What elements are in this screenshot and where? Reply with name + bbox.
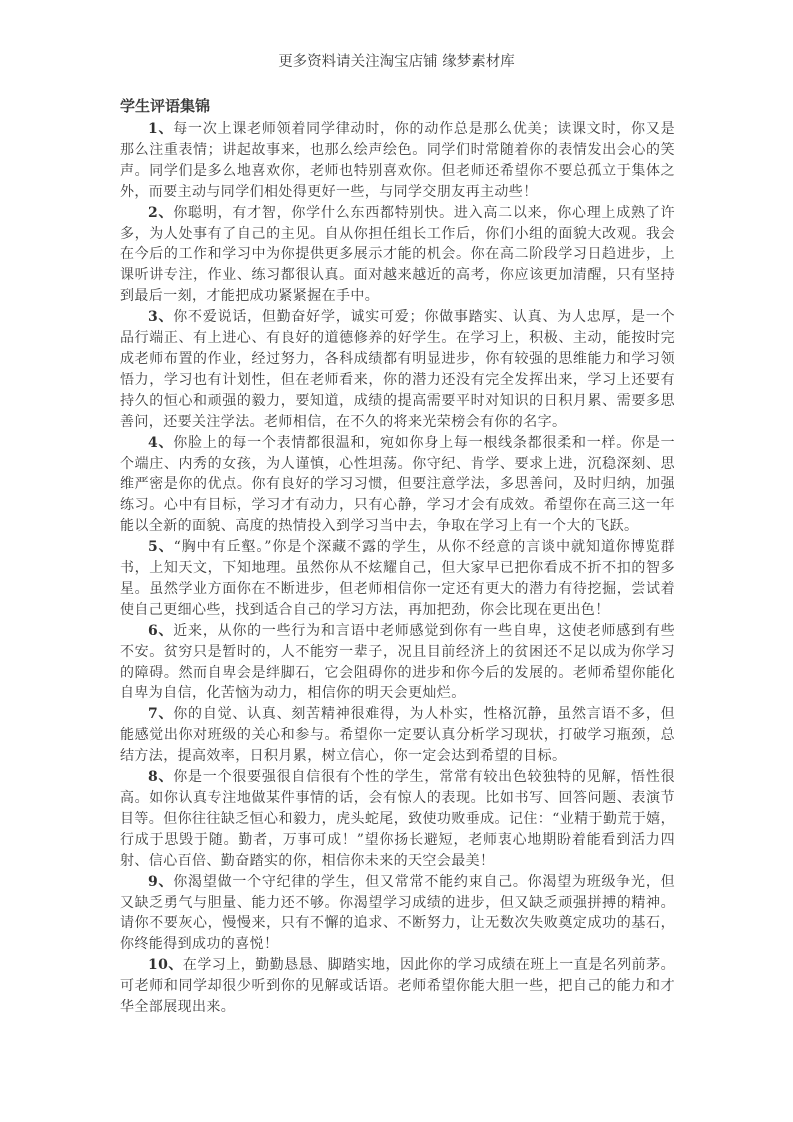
paragraph-text: 你的自觉、认真、刻苦精神很难得，为人朴实，性格沉静，虽然言语不多，但能感觉出你对… xyxy=(120,706,675,764)
paragraph-text: 你渴望做一个守纪律的学生，但又常常不能约束自己。你渴望为班级争光，但又缺乏勇气与… xyxy=(120,874,675,953)
comment-paragraph-6: 6、近来，从你的一些行为和言语中老师感觉到你有一些自卑，这使老师感到有些不安。贫… xyxy=(120,621,675,705)
comment-paragraph-8: 8、你是一个很要强很自信很有个性的学生，常常有较出色较独特的见解，悟性很高。如你… xyxy=(120,767,675,872)
comment-paragraph-7: 7、你的自觉、认真、刻苦精神很难得，为人朴实，性格沉静，虽然言语不多，但能感觉出… xyxy=(120,704,675,767)
paragraph-number: 3、 xyxy=(148,309,173,325)
comment-paragraph-2: 2、你聪明，有才智，你学什么东西都特别快。进入高二以来，你心理上成熟了许多，为人… xyxy=(120,203,675,308)
paragraph-number: 8、 xyxy=(148,769,173,785)
paragraph-text: 在学习上，勤勤恳恳、脚踏实地，因此你的学习成绩在班上一直是名列前茅。可老师和同学… xyxy=(120,957,675,1015)
paragraph-number: 4、 xyxy=(148,435,173,451)
document-body: 学生评语集锦 1、每一次上课老师领着同学律动时，你的动作总是那么优美；读课文时，… xyxy=(120,97,675,1018)
comment-paragraph-4: 4、你脸上的每一个表情都很温和，宛如你身上每一根线条都很柔和一样。你是一个端庄、… xyxy=(120,433,675,538)
page-title: 学生评语集锦 xyxy=(120,97,675,116)
paragraph-number: 9、 xyxy=(148,874,173,890)
comment-paragraph-9: 9、你渴望做一个守纪律的学生，但又常常不能约束自己。你渴望为班级争光，但又缺乏勇… xyxy=(120,872,675,956)
paragraph-number: 2、 xyxy=(148,205,173,221)
paragraph-text: “胸中有丘壑。”你是个深藏不露的学生，从你不经意的言谈中就知道你博览群书，上知天… xyxy=(120,539,675,618)
comment-paragraph-1: 1、每一次上课老师领着同学律动时，你的动作总是那么优美；读课文时，你又是那么注重… xyxy=(120,119,675,203)
paragraph-text: 你聪明，有才智，你学什么东西都特别快。进入高二以来，你心理上成熟了许多，为人处事… xyxy=(120,205,675,305)
comment-paragraph-10: 10、在学习上，勤勤恳恳、脚踏实地，因此你的学习成绩在班上一直是名列前茅。可老师… xyxy=(120,955,675,1018)
paragraph-number: 1、 xyxy=(148,121,173,137)
paragraph-number: 5、 xyxy=(148,539,174,555)
comment-paragraph-5: 5、“胸中有丘壑。”你是个深藏不露的学生，从你不经意的言谈中就知道你博览群书，上… xyxy=(120,537,675,621)
paragraph-text: 你是一个很要强很自信很有个性的学生，常常有较出色较独特的见解，悟性很高。如你认真… xyxy=(120,769,675,869)
paragraph-text: 每一次上课老师领着同学律动时，你的动作总是那么优美；读课文时，你又是那么注重表情… xyxy=(120,121,675,200)
paragraph-text: 你不爱说话，但勤奋好学，诚实可爱；你做事踏实、认真、为人忠厚，是一个品行端正、有… xyxy=(120,309,675,430)
paragraph-number: 10、 xyxy=(148,957,183,973)
document-page: 更多资料请关注淘宝店铺 缘梦素材库 学生评语集锦 1、每一次上课老师领着同学律动… xyxy=(0,0,793,1122)
paragraph-number: 6、 xyxy=(148,623,173,639)
paragraph-number: 7、 xyxy=(148,706,173,722)
store-promo-header: 更多资料请关注淘宝店铺 缘梦素材库 xyxy=(0,0,793,71)
comment-paragraph-3: 3、你不爱说话，但勤奋好学，诚实可爱；你做事踏实、认真、为人忠厚，是一个品行端正… xyxy=(120,307,675,432)
paragraph-text: 近来，从你的一些行为和言语中老师感觉到你有一些自卑，这使老师感到有些不安。贫穷只… xyxy=(120,623,675,702)
paragraph-text: 你脸上的每一个表情都很温和，宛如你身上每一根线条都很柔和一样。你是一个端庄、内秀… xyxy=(120,435,675,535)
